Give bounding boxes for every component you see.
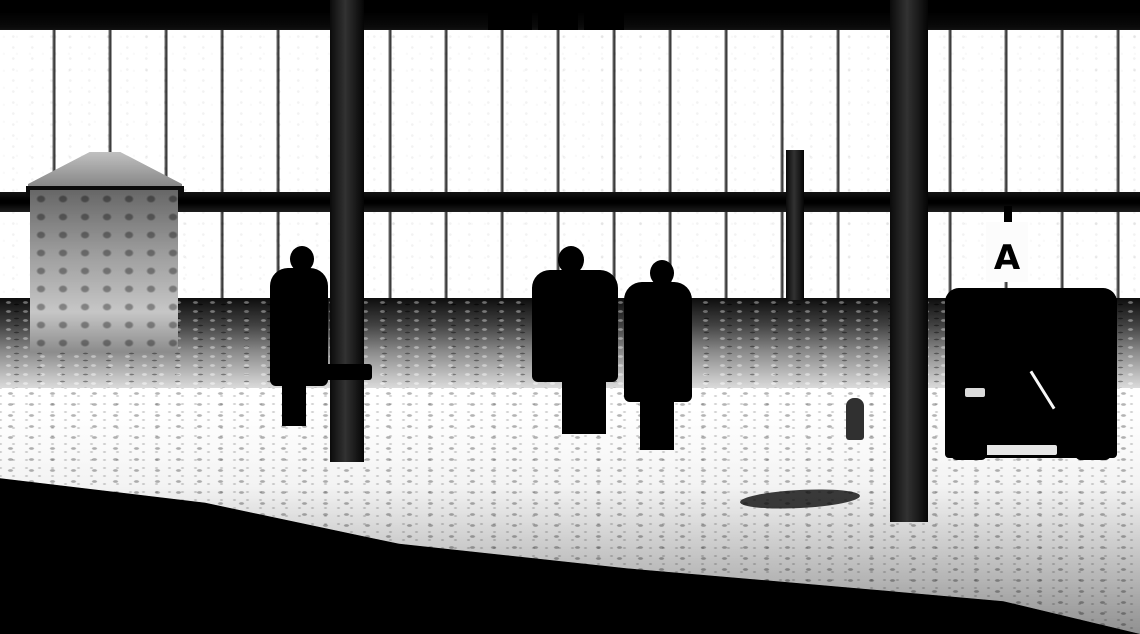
pole-left-joint [322, 364, 372, 380]
vehicle-wheel [951, 438, 987, 460]
figure-body [532, 270, 618, 382]
letter-sign: A [986, 222, 1028, 282]
guard-hut [30, 190, 178, 352]
top-dark-shape [538, 0, 578, 30]
pole-right [890, 0, 928, 522]
figure-legs [640, 398, 674, 450]
top-dark-shape [584, 0, 624, 30]
distant-object [846, 398, 864, 440]
vehicle-reflection [1030, 371, 1056, 410]
pole-left [330, 0, 364, 462]
figure-legs [282, 382, 306, 426]
figure-body [624, 282, 692, 402]
top-dark-shape [488, 0, 532, 30]
vehicle-bumper [979, 445, 1057, 455]
figure-body [270, 268, 328, 386]
photograph: A [0, 0, 1140, 634]
fence-post [786, 150, 804, 300]
vehicle [945, 288, 1117, 458]
vehicle-lamp [965, 388, 985, 397]
vehicle-wheel [1075, 438, 1111, 460]
figure-legs [562, 378, 606, 434]
